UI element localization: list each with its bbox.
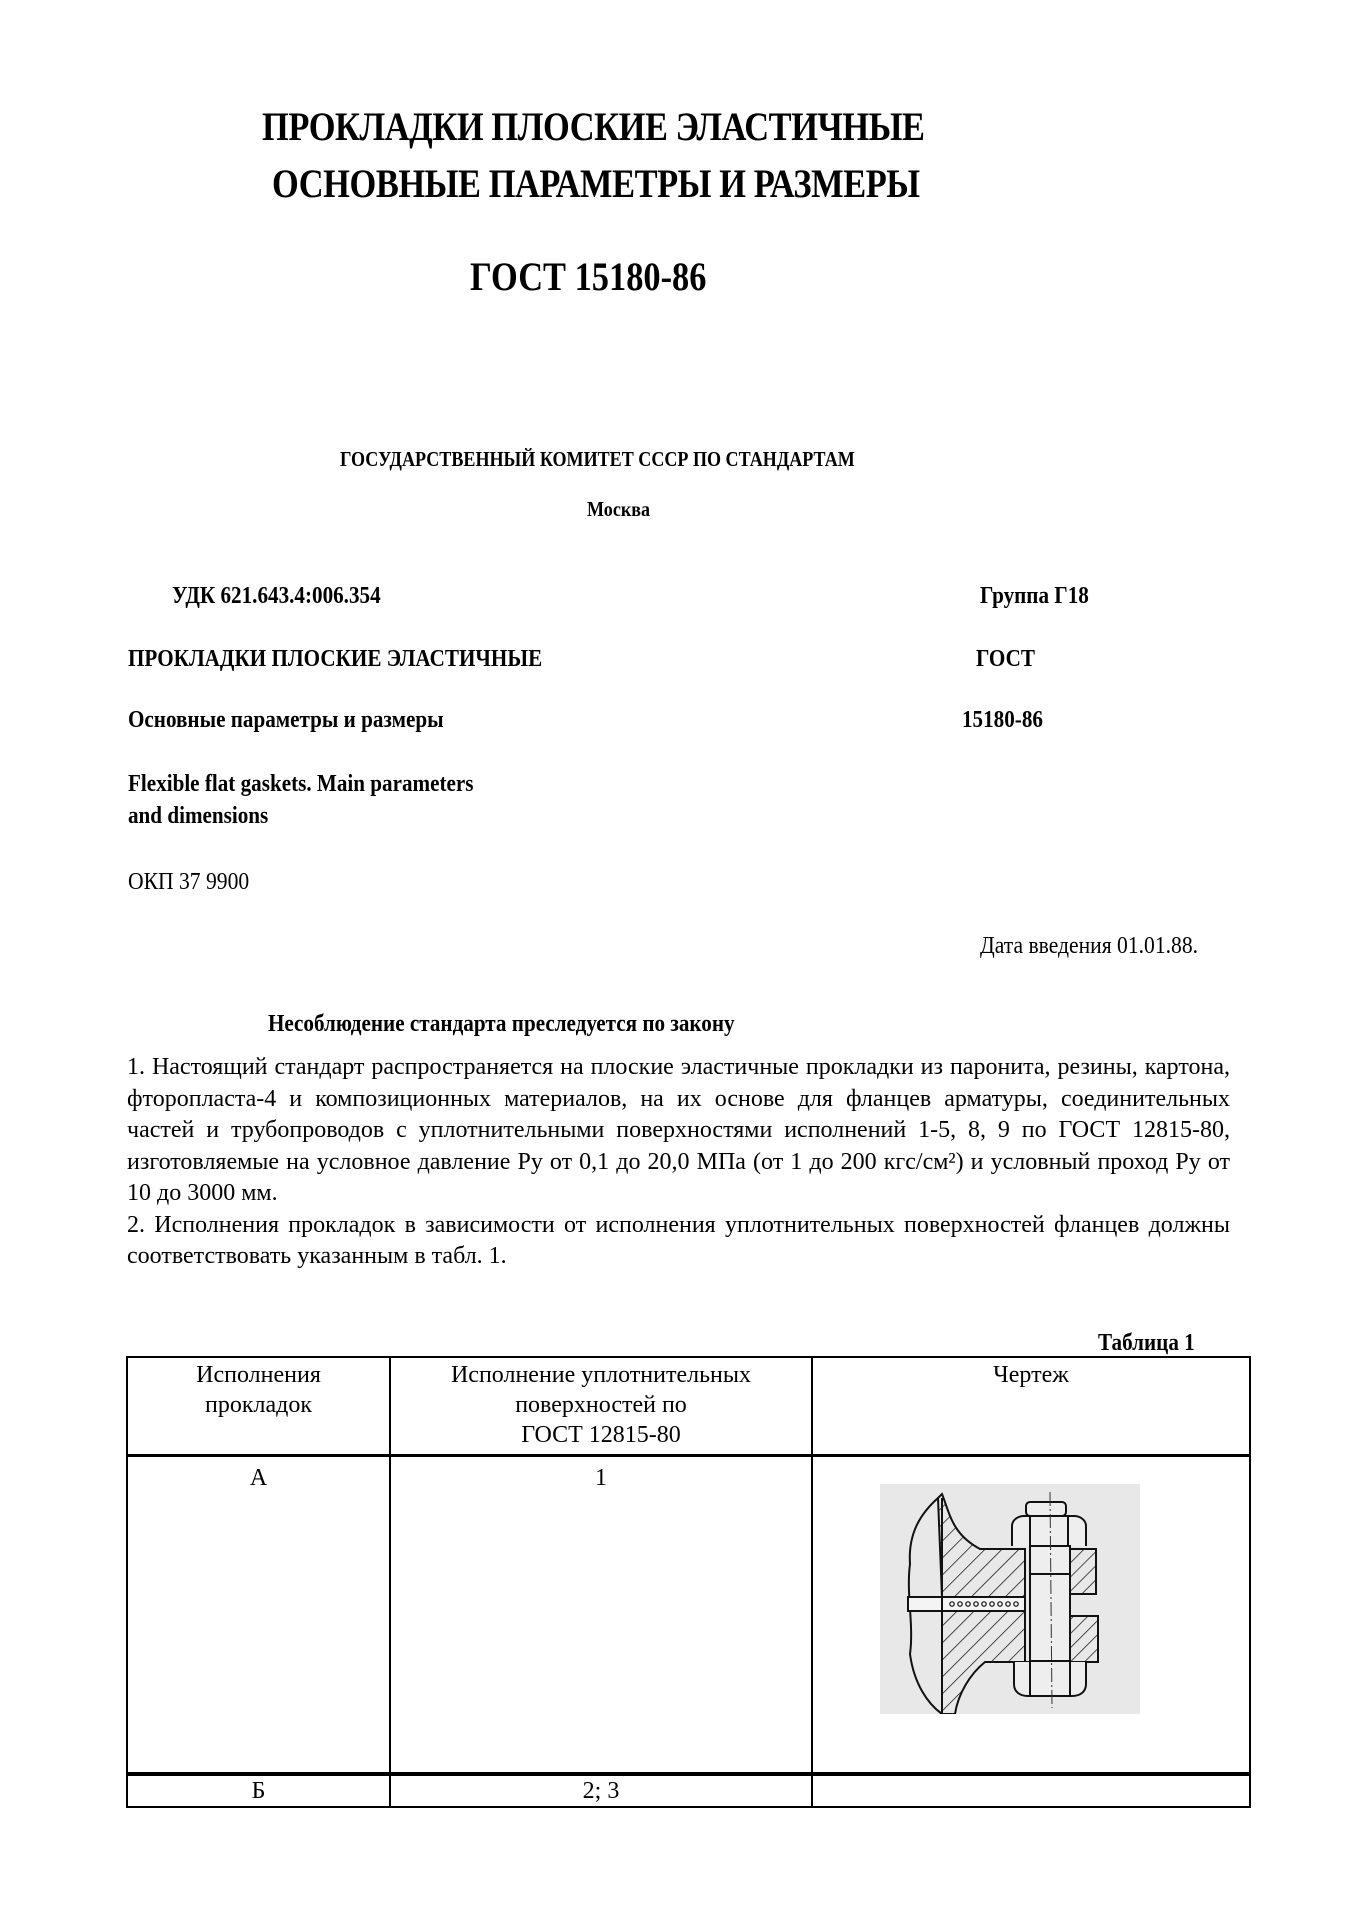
standard-name-en-line2: and dimensions [128, 803, 268, 830]
cell-surface: 2; 3 [390, 1774, 812, 1807]
flange-gasket-drawing [880, 1484, 1140, 1714]
city-name: Москва [587, 497, 650, 522]
standard-number-title: ГОСТ 15180-86 [470, 253, 706, 300]
standard-name-ru: ПРОКЛАДКИ ПЛОСКИЕ ЭЛАСТИЧНЫЕ [128, 646, 542, 673]
intro-date: Дата введения 01.01.88. [980, 933, 1198, 960]
header-drawing: Чертеж [812, 1357, 1250, 1456]
paragraph-1: 1. Настоящий стандарт распространяется н… [127, 1052, 1230, 1210]
standard-subtitle-ru: Основные параметры и размеры [128, 707, 444, 734]
udk-code: УДК 621.643.4:006.354 [172, 583, 381, 610]
gost-label: ГОСТ [976, 646, 1035, 673]
group-code: Группа Г18 [980, 583, 1089, 610]
cell-variant: А [127, 1456, 390, 1775]
committee-name: ГОСУДАРСТВЕННЫЙ КОМИТЕТ СССР ПО СТАНДАРТ… [340, 447, 855, 472]
okp-code: ОКП 37 9900 [128, 869, 249, 896]
cell-variant: Б [127, 1774, 390, 1807]
document-title-line1: ПРОКЛАДКИ ПЛОСКИЕ ЭЛАСТИЧНЫЕ [262, 103, 925, 150]
flange-section-icon [880, 1484, 1140, 1714]
gost-number: 15180-86 [962, 707, 1043, 734]
paragraph-2: 2. Исполнения прокладок в зависимости от… [127, 1210, 1230, 1273]
header-surface-variant: Исполнение уплотнительных поверхностей п… [390, 1357, 812, 1456]
document-title-line2: ОСНОВНЫЕ ПАРАМЕТРЫ И РАЗМЕРЫ [272, 160, 920, 207]
table-header-row: Исполнения прокладок Исполнение уплотнит… [127, 1357, 1250, 1456]
cell-drawing [812, 1774, 1250, 1807]
header-gasket-variant: Исполнения прокладок [127, 1357, 390, 1456]
body-text: 1. Настоящий стандарт распространяется н… [127, 1052, 1230, 1273]
table-row: Б 2; 3 [127, 1774, 1250, 1807]
cell-surface: 1 [390, 1456, 812, 1775]
standard-name-en-line1: Flexible flat gaskets. Main parameters [128, 771, 473, 798]
table-caption: Таблица 1 [1098, 1330, 1195, 1357]
law-notice: Несоблюдение стандарта преследуется по з… [268, 1011, 735, 1038]
